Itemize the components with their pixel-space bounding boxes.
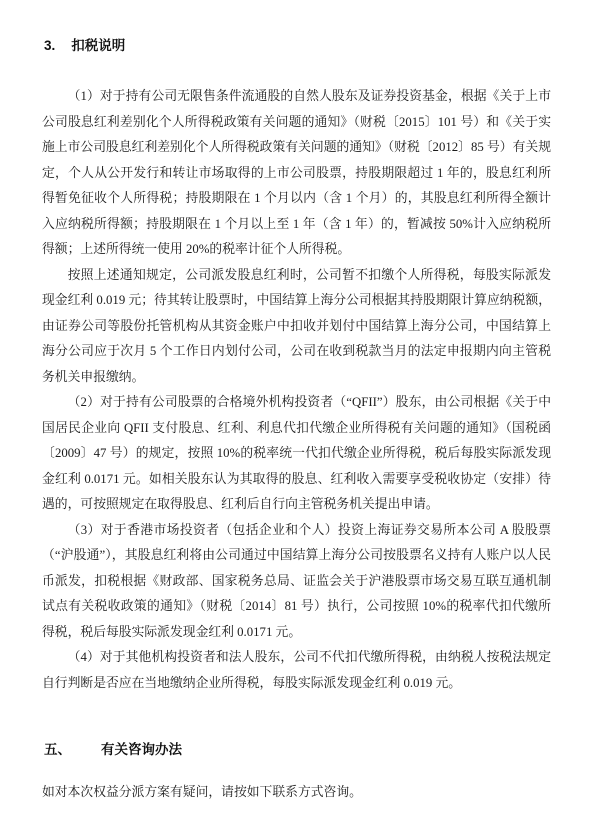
paragraph-other-institutions: （4）对于其他机构投资者和法人股东，公司不代扣代缴所得税，由纳税人按税法规定自行…: [42, 645, 551, 696]
closing-statement: 如对本次权益分派方案有疑问，请按如下联系方式咨询。: [42, 780, 551, 806]
tax-section-title: 扣税说明: [71, 36, 125, 56]
paragraph-qfii-shareholders: （2）对于持有公司股票的合格境外机构投资者（“QFII”）股东，由公司根据《关于…: [42, 390, 551, 518]
paragraph-hk-investors: （3）对于香港市场投资者（包括企业和个人）投资上海证券交易所本公司 A 股股票（…: [42, 518, 551, 646]
tax-section-number: 3.: [44, 36, 55, 56]
consult-section-title: 有关咨询办法: [101, 740, 182, 760]
paragraph-withholding-procedure: 按照上述通知规定，公司派发股息红利时，公司暂不扣缴个人所得税，每股实际派发现金红…: [42, 263, 551, 391]
consult-section-heading: 五、 有关咨询办法: [44, 740, 551, 760]
paragraph-individual-shareholders: （1）对于持有公司无限售条件流通股的自然人股东及证券投资基金，根据《关于上市公司…: [42, 84, 551, 263]
document-page: 3. 扣税说明 （1）对于持有公司无限售条件流通股的自然人股东及证券投资基金，根…: [0, 0, 593, 827]
consult-section-number: 五、: [44, 740, 71, 760]
tax-section-heading: 3. 扣税说明: [44, 36, 551, 56]
tax-section-body: （1）对于持有公司无限售条件流通股的自然人股东及证券投资基金，根据《关于上市公司…: [42, 84, 551, 696]
